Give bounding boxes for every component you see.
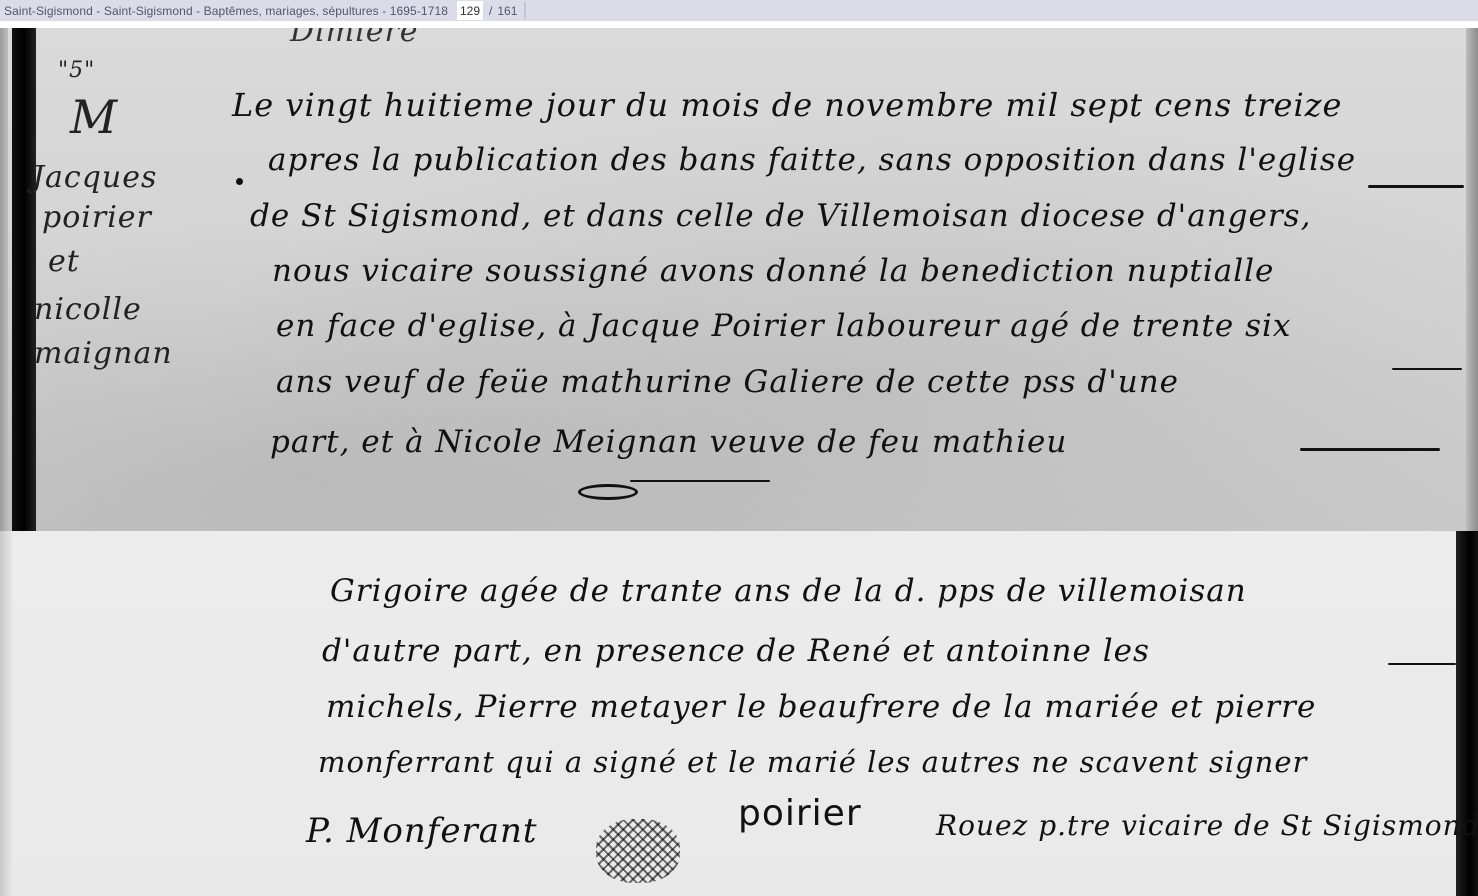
scanned-page-top: Dimière "5" M Jacques poirier et nicolle… — [0, 28, 1478, 531]
record-line: monferrant qui a signé et le marié les a… — [318, 745, 1307, 779]
binding-shadow — [12, 28, 36, 531]
page-separator: / — [489, 4, 492, 18]
heading-fragment: Dimière — [290, 28, 419, 49]
page-total: 161 — [497, 4, 517, 18]
margin-note-line: nicolle — [34, 292, 142, 327]
page-edge — [0, 531, 12, 896]
flourish-mark — [578, 484, 638, 500]
signature-vicaire: Rouez p.tre vicaire de St Sigismond — [936, 809, 1478, 842]
line-filler-rule — [1300, 448, 1440, 451]
record-line: nous vicaire soussigné avons donné la be… — [272, 253, 1274, 289]
page-number-input[interactable] — [457, 1, 483, 20]
document-viewer[interactable]: Dimière "5" M Jacques poirier et nicolle… — [0, 28, 1478, 896]
signature-monferant: P. Monferant — [306, 811, 538, 851]
page-edge — [0, 28, 8, 531]
record-line: apres la publication des bans faitte, sa… — [268, 142, 1356, 178]
margin-note-line: Jacques — [32, 160, 157, 195]
record-line: Le vingt huitieme jour du mois de novemb… — [232, 86, 1342, 124]
margin-note-line: maignan — [34, 336, 173, 371]
bullet-mark — [236, 178, 243, 185]
mark-crosshatch — [596, 819, 680, 883]
document-title: Saint-Sigismond - Saint-Sigismond - Bapt… — [0, 4, 448, 18]
line-filler-rule — [1388, 663, 1456, 665]
record-line: en face d'eglise, à Jacque Poirier labou… — [276, 308, 1291, 344]
margin-note-line: M — [70, 90, 118, 144]
toolbar-divider — [524, 2, 526, 19]
record-line: ans veuf de feüe mathurine Galiere de ce… — [276, 364, 1179, 400]
record-line: Grigoire agée de trante ans de la d. pps… — [330, 573, 1247, 609]
flourish-line — [630, 480, 770, 482]
page-edge — [1466, 28, 1478, 531]
viewer-toolbar: Saint-Sigismond - Saint-Sigismond - Bapt… — [0, 0, 1478, 21]
record-number: "5" — [58, 58, 95, 83]
margin-note-line: poirier — [42, 200, 152, 235]
line-filler-rule — [1392, 368, 1462, 370]
record-line: michels, Pierre metayer le beaufrere de … — [326, 689, 1316, 725]
record-line: d'autre part, en presence de René et ant… — [322, 633, 1150, 669]
line-filler-rule — [1368, 185, 1464, 188]
record-line: part, et à Nicole Meignan veuve de feu m… — [270, 424, 1067, 460]
margin-note-line: et — [48, 244, 80, 279]
scanned-page-bottom: Grigoire agée de trante ans de la d. pps… — [0, 531, 1478, 896]
signature-poirier: poirier — [738, 793, 862, 834]
record-line: de St Sigismond, et dans celle de Villem… — [250, 198, 1311, 234]
